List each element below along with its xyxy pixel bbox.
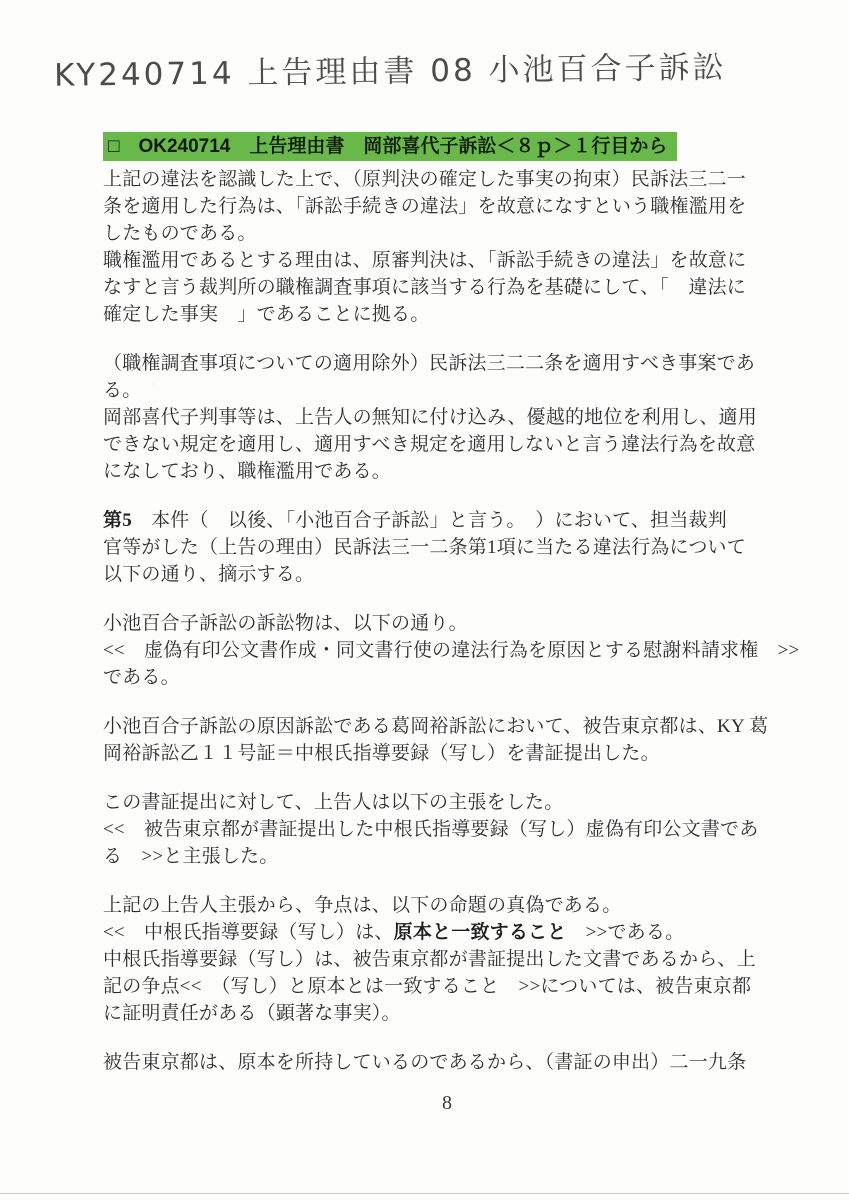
blank-line — [103, 1027, 755, 1049]
text-line: 条を適用した行為は、「訴訟手続きの違法」を故意になすという職権濫用を — [103, 193, 755, 220]
text-line: この書証提出に対して、上告人は以下の主張をした。 — [103, 789, 755, 816]
text-line: 被告東京都は、原本を所持しているのであるから、（書証の申出）二一九条 — [103, 1049, 755, 1076]
text-line: したものである。 — [103, 220, 755, 247]
text-line: になしており、職権濫用である。 — [103, 458, 755, 485]
text-line: なすと言う裁判所の職権調査事項に該当する行為を基礎にして、「 違法に — [103, 274, 755, 301]
text-line: 以下の通り、摘示する。 — [103, 561, 755, 588]
text-line: 上記の違法を認識した上で、（原判決の確定した事実の拘束）民訴法三二一 — [103, 166, 755, 193]
blank-line — [103, 870, 755, 892]
text-line: 中根氏指導要録（写し）は、被告東京都が書証提出した文書であるから、上 — [103, 946, 755, 973]
blank-line — [103, 328, 755, 350]
scanned-page: KY240714 上告理由書 08 小池百合子訴訟 □ OK240714 上告理… — [0, 0, 849, 1200]
page-number: 8 — [0, 1092, 849, 1115]
text-line: できない規定を適用し、適用すべき規定を適用しないと言う違法行為を故意 — [103, 431, 755, 458]
text-line: る >>と主張した。 — [103, 843, 755, 870]
text-line: 第5 本件（ 以後、「小池百合子訴訟」と言う。 ）において、担当裁判 — [103, 507, 755, 534]
text-line: 小池百合子訴訟の訴訟物は、以下の通り。 — [103, 610, 755, 637]
text-line: である。 — [103, 664, 755, 691]
text-line: 上記の上告人主張から、争点は、以下の命題の真偽である。 — [103, 892, 755, 919]
text-line: る。 — [103, 377, 755, 404]
text-line: 官等がした（上告の理由）民訴法三一二条第1項に当たる違法行為について — [103, 534, 755, 561]
text-line: に証明責任がある（顕著な事実）。 — [103, 1000, 755, 1027]
scan-edge-line — [0, 1193, 849, 1194]
text-line: 確定した事実 」であることに拠る。 — [103, 301, 755, 328]
text-line: 岡裕訴訟乙１１号証＝中根氏指導要録（写し）を書証提出した。 — [103, 740, 755, 767]
text-line: << 中根氏指導要録（写し）は、原本と一致すること >>である。 — [103, 919, 755, 946]
blank-line — [103, 485, 755, 507]
text-line: 岡部喜代子判事等は、上告人の無知に付け込み、優越的地位を利用し、適用 — [103, 404, 755, 431]
text-line: << 虚偽有印公文書作成・同文書行使の違法行為を原因とする慰謝料請求権 >> — [103, 637, 755, 664]
blank-line — [103, 691, 755, 713]
blank-line — [103, 588, 755, 610]
text-line: 職権濫用であるとする理由は、原審判決は、「訴訟手続きの違法」を故意に — [103, 247, 755, 274]
text-line: 記の争点<< （写し）と原本とは一致すること >>については、被告東京都 — [103, 973, 755, 1000]
text-line: 小池百合子訴訟の原因訴訟である葛岡裕訴訟において、被告東京都は、KY 葛 — [103, 713, 755, 740]
document-body: 上記の違法を認識した上で、（原判決の確定した事実の拘束）民訴法三二一条を適用した… — [103, 166, 755, 1076]
blank-line — [103, 767, 755, 789]
highlighted-heading: □ OK240714 上告理由書 岡部喜代子訴訟＜８ｐ＞１行目から — [103, 132, 677, 161]
text-line: << 被告東京都が書証提出した中根氏指導要録（写し）虚偽有印公文書であ — [103, 816, 755, 843]
handwritten-header: KY240714 上告理由書 08 小池百合子訴訟 — [54, 42, 675, 95]
text-line: （職権調査事項についての適用除外）民訴法三二二条を適用すべき事案であ — [103, 350, 755, 377]
